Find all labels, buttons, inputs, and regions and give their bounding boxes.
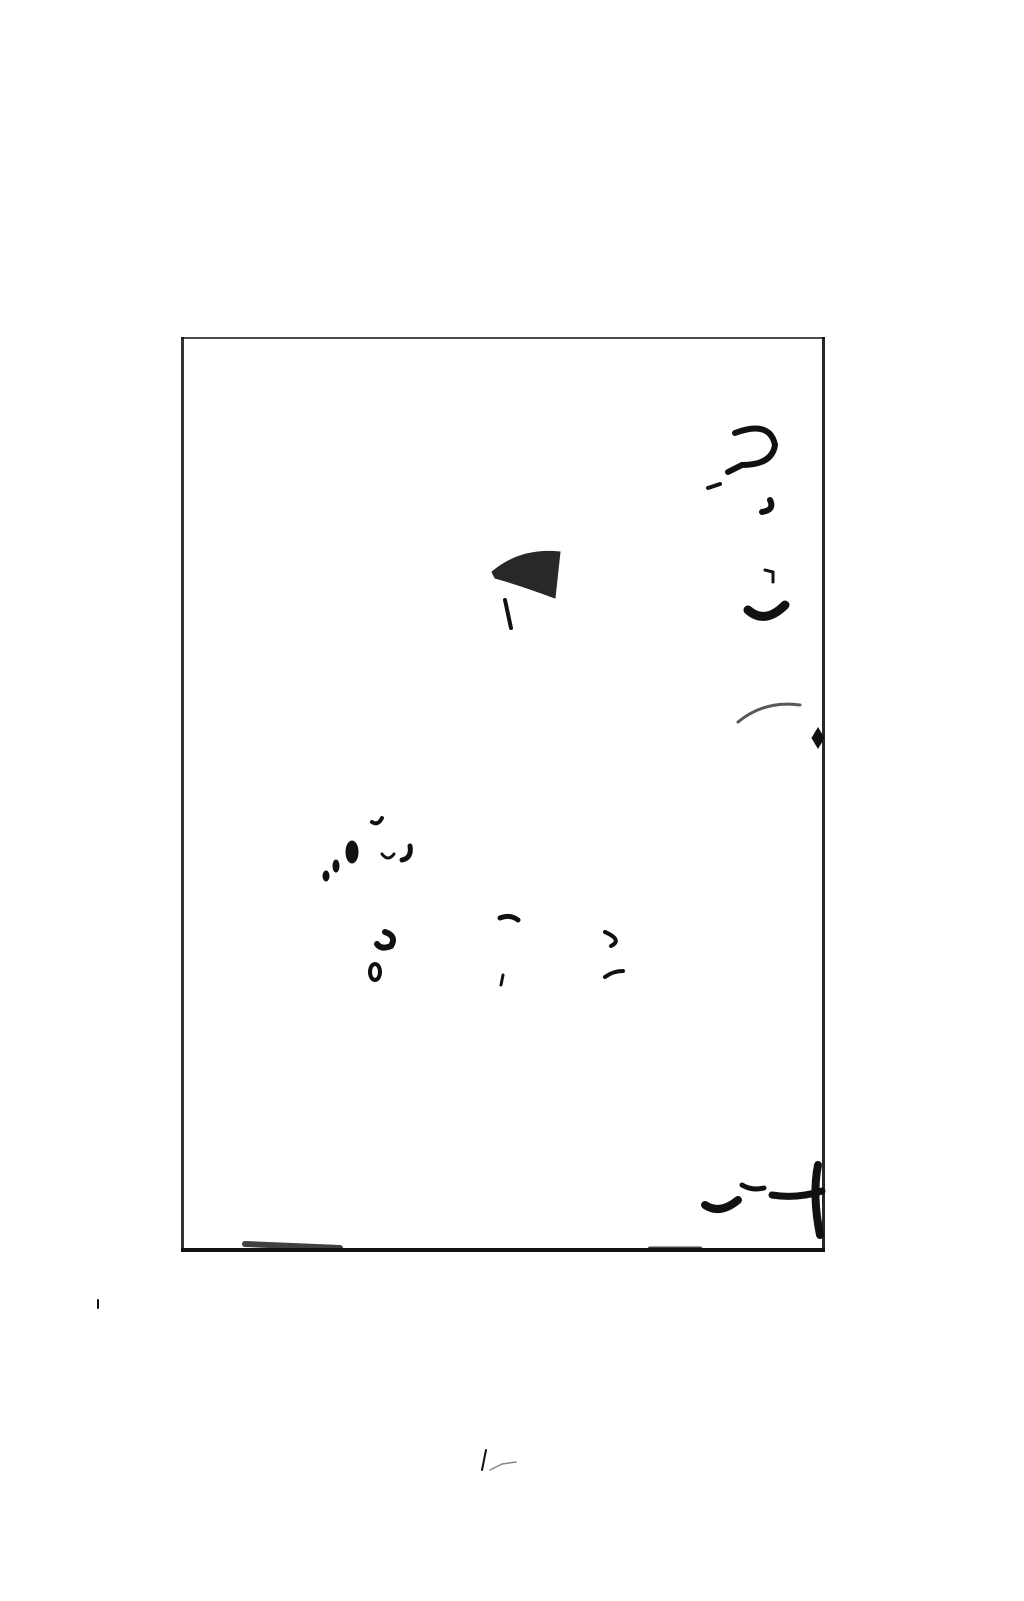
scanned-page: Heavily faded scan of a bordered page; i…	[0, 0, 1024, 1601]
ink-fragments	[0, 0, 1024, 1601]
